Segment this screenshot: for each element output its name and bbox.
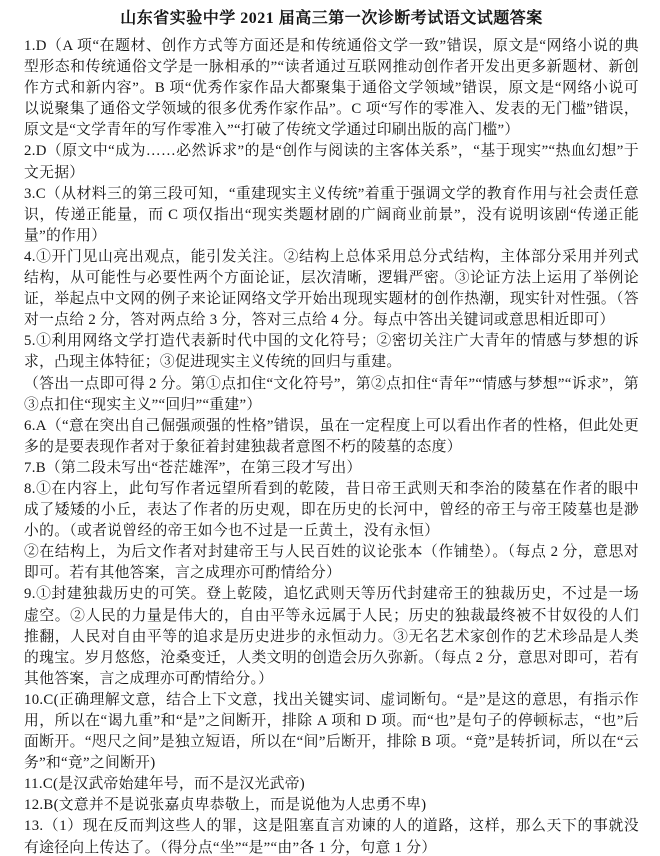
answer-item-7: 7.B（第二段未写出“苍茫雄浑”，在第三段才写出） bbox=[24, 458, 639, 479]
document-page: 山东省实验中学 2021 届高三第一次诊断考试语文试题答案 1.D（A 项“在题… bbox=[0, 0, 660, 856]
answer-item-12: 12.B(文意并不是说张嘉贞卑恭敬上，而是说他为人忠勇不卑) bbox=[24, 795, 639, 816]
answer-item-2: 2.D（原文中“成为……必然诉求”的是“创作与阅读的主客体关系”，“基于现实”“… bbox=[24, 141, 639, 183]
document-title: 山东省实验中学 2021 届高三第一次诊断考试语文试题答案 bbox=[24, 9, 639, 29]
answer-item-9: 9.①封建独裁历史的可笑。登上乾陵，追忆武则天等历代封建帝王的独裁历史，不过是一… bbox=[24, 584, 639, 689]
answer-item-8-part-2: ②在结构上，为后文作者对封建帝王与人民百姓的议论张本（作铺垫）。（每点 2 分，… bbox=[24, 542, 639, 584]
answer-item-3: 3.C（从材料三的第三段可知，“重建现实主义传统”着重于强调文学的教育作用与社会… bbox=[24, 184, 639, 247]
answer-item-13: 13.（1）现在反而判这些人的罪，这是阻塞直言劝谏的人的道路，这样，那么天下的事… bbox=[24, 816, 639, 856]
answer-item-4: 4.①开门见山亮出观点，能引发关注。②结构上总体采用总分式结构，主体部分采用并列… bbox=[24, 247, 639, 331]
answer-item-10: 10.C(正确理解文意，结合上下文意，找出关键实词、虚词断句。“是”是这的意思，… bbox=[24, 690, 639, 774]
answer-item-11: 11.C(是汉武帝始建年号，而不是汉光武帝) bbox=[24, 774, 639, 795]
answer-item-1: 1.D（A 项“在题材、创作方式等方面还是和传统通俗文学一致”错误，原文是“网络… bbox=[24, 36, 639, 141]
answer-item-5-note: （答出一点即可得 2 分。第①点扣住“文化符号”，第②点扣住“青年”“情感与梦想… bbox=[24, 374, 639, 416]
answer-item-5: 5.①利用网络文学打造代表新时代中国的文化符号；②密切关注广大青年的情感与梦想的… bbox=[24, 331, 639, 373]
answer-item-8-part-1: 8.①在内容上，此句写作者远望所看到的乾陵，昔日帝王武则天和李治的陵墓在作者的眼… bbox=[24, 479, 639, 542]
answer-item-6: 6.A（“意在突出自己倔强顽强的性格”错误，虽在一定程度上可以看出作者的性格，但… bbox=[24, 416, 639, 458]
